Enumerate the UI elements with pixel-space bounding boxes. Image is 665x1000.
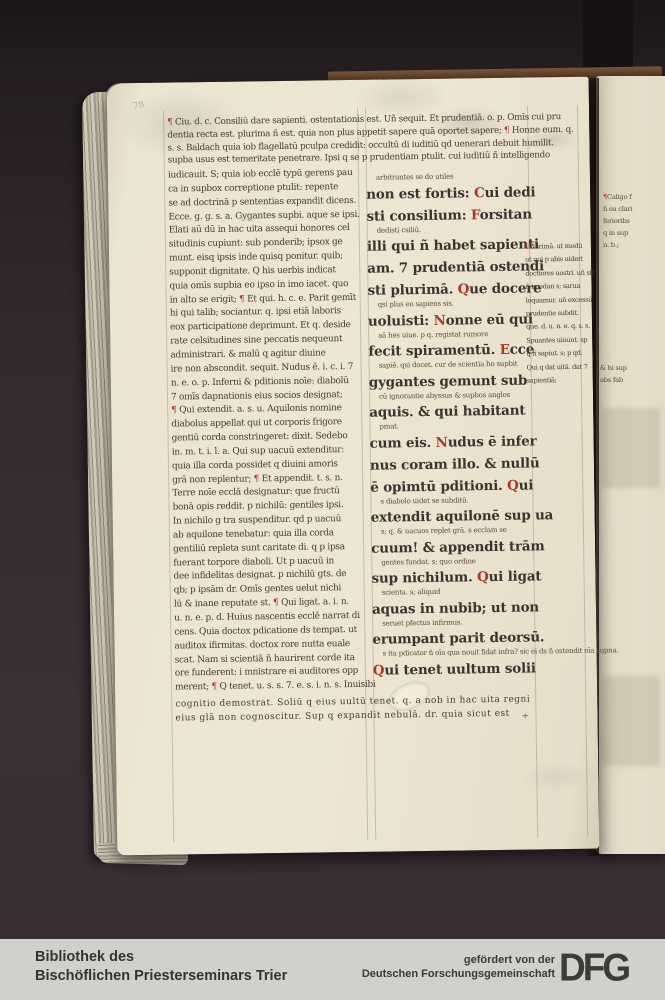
lemma-verse-line: gygantes gemunt sub — [369, 370, 535, 392]
rubric-initial: E — [500, 342, 510, 358]
lemma-verse-line: cum eis. Nudus ē infer — [370, 431, 536, 453]
next-page-text-fragment: & hi supabs fab — [600, 362, 627, 386]
text-line: rate celsitudines sine peccatis nequeunt — [170, 333, 366, 350]
text-line: gentiliū repleta sunt caritate di. q p i… — [173, 541, 369, 558]
interlinear-gloss: cū ignorantie abyssus & supbos anglos — [369, 390, 535, 401]
rubric-initial: N — [436, 434, 448, 450]
lemma-text-column: arbitrantes se do utilesnon est fortis: … — [366, 171, 539, 680]
text-line: loquamur. uñ excessū — [526, 293, 598, 307]
digitized-manuscript-photo: ¶Caligo fñ ea clariferioribsq in supn. b… — [0, 0, 665, 1000]
quire-signature-mark: ÷ — [521, 712, 529, 722]
footer-bar: Bibliothek des Bischöflichen Priestersem… — [0, 939, 665, 1000]
lemma-verse-line: ē opimtū pditioni. Qui — [370, 475, 536, 497]
backdrop-dark-notch — [583, 0, 633, 76]
ruling-line — [577, 105, 588, 837]
text-line: sapientiā; — [527, 374, 599, 388]
text-line: ñ imodan s; sarua — [525, 280, 597, 294]
library-attribution: Bibliothek des Bischöflichen Priestersem… — [35, 948, 287, 986]
text-line: in. m. t. i. l. a. Qui sup uacuū extendi… — [172, 444, 368, 461]
lemma-verse-line: nus coram illo. & nullū — [370, 453, 536, 475]
interlinear-gloss: s; q. & uacuos replet grā. s ecclam se — [371, 525, 537, 536]
dfg-logo: DFG — [559, 946, 657, 990]
lemma-verse-line: aquis. & qui habitant — [369, 400, 535, 422]
rubric-initial: C — [474, 185, 485, 201]
text-line: prudentie subdit. — [526, 307, 598, 321]
funding-attribution: gefördert von der Deutschen Forschungsge… — [362, 953, 555, 981]
lemma-verse-line: extendit aquilonē sup ua — [371, 505, 537, 527]
text-line: Qui q dat uitā. dat 7 — [527, 360, 599, 374]
lemma-verse-line: am. 7 prudentiā ostendi — [367, 256, 533, 278]
lemma-verse-line: cuum! & appendit trām — [371, 536, 537, 558]
text-line: munt. eisq ipsis inde quisq ponitur. qui… — [169, 250, 365, 267]
show-through-blot — [602, 676, 660, 766]
interlinear-gloss: seruet pfectus infirmus. — [372, 617, 538, 628]
text-line: que. d. u. n. e. q. s. s. — [526, 320, 598, 334]
text-line: & hi sup — [600, 362, 627, 374]
interlinear-gloss: qsi plus eo sapiens sis. — [368, 298, 534, 309]
top-text-block: ¶ Ciu. d. c. Consiliū dare sapienti. ost… — [167, 111, 586, 168]
folio-pencil-number: 78 — [132, 100, 145, 112]
commentary-column: iudicauit. S; quia iob ecclē typū gerens… — [168, 167, 371, 696]
funding-line-1: gefördert von der — [362, 953, 555, 967]
text-line: ¶Plurimā. ut modū — [525, 240, 597, 254]
text-line: abs fab — [600, 374, 627, 386]
interlinear-gloss: s diabolo uidet se subditū. — [370, 495, 536, 506]
interlinear-gloss: aā hes uiue. p q. registat rumore — [368, 329, 534, 340]
text-line: merent; ¶ Q tenet. u. s. s. 7. e. s. i. … — [175, 679, 371, 696]
text-line: doctiores uostri. uñ sic — [525, 266, 597, 280]
interlinear-gloss: sapiē. qsi docet. cur de scientia ho sup… — [369, 359, 535, 370]
interlinear-gloss: gentes fundat. s; quo ordine — [371, 556, 537, 567]
lemma-verse-line: sup nichilum. Qui ligat — [371, 566, 537, 588]
interlinear-gloss: s ita pdicator ñ oīa qua nouit fidat inf… — [373, 647, 539, 658]
text-line: In nichilo g tra suspenditur. qd p uacuū — [173, 513, 369, 530]
lemma-verse-line: non est fortis: Cui dedi — [366, 182, 532, 204]
library-line-1: Bibliothek des — [35, 948, 287, 967]
lemma-verse-line: illi qui ñ habet sapienti — [367, 234, 533, 256]
rubric-initial: F — [471, 207, 480, 223]
text-line: ¶Caligo f — [603, 191, 632, 203]
funding-line-2: Deutschen Forschungsgemeinschaft — [362, 967, 555, 981]
text-line: ut qui p abis uideri — [525, 253, 597, 267]
text-line: Spuantes uiuunt. sp — [526, 333, 598, 347]
lemma-verse-line: sti plurimā. Que docere — [367, 278, 533, 300]
lemma-verse-line: Qui tenet uultum solii — [373, 658, 539, 680]
rubric-initial: Q — [507, 477, 519, 493]
text-line: n. b.; — [603, 239, 632, 251]
library-line-2: Bischöflichen Priesterseminars Trier — [35, 967, 287, 986]
text-line: q ñ sapiut. s; p qd. — [526, 347, 598, 361]
text-line: ñ ea clari — [603, 203, 632, 215]
interlinear-gloss: arbitrantes se do utiles — [366, 171, 532, 182]
lemma-verse-line: erumpant parit deorsū. — [372, 627, 538, 649]
lemma-verse-line: uoluisti: Nonne eū qui — [368, 309, 534, 331]
lemma-verse-line: aquas in nubib; ut non — [372, 597, 538, 619]
rubric-initial: Q — [458, 281, 470, 297]
lemma-verse-line: sti consilium: Forsitan — [366, 204, 532, 226]
show-through-blot — [602, 408, 660, 488]
interlinear-gloss: pmat. — [369, 420, 535, 431]
rubric-initial: Q — [477, 569, 489, 585]
next-page-text-fragment: ¶Caligo fñ ea clariferioribsq in supn. b… — [603, 191, 632, 251]
rubric-initial: N — [433, 312, 445, 328]
text-line: ferioribs — [603, 215, 632, 227]
lemma-verse-line: fecit spiramentū. Ecce — [368, 339, 534, 361]
manuscript-page: 78 ¶ Ciu. d. c. Consiliū dare sapienti. … — [107, 77, 600, 856]
margin-gloss: ¶Plurimā. ut modūut qui p abis uideridoc… — [525, 240, 599, 388]
interlinear-gloss: dedisti csiliū. — [367, 224, 533, 235]
next-page-edge: ¶Caligo fñ ea clariferioribsq in supn. b… — [596, 76, 665, 854]
text-line: q in sup — [603, 227, 632, 239]
interlinear-gloss: scienta. s; aliquid — [372, 586, 538, 597]
rubric-initial: Q — [373, 662, 385, 678]
